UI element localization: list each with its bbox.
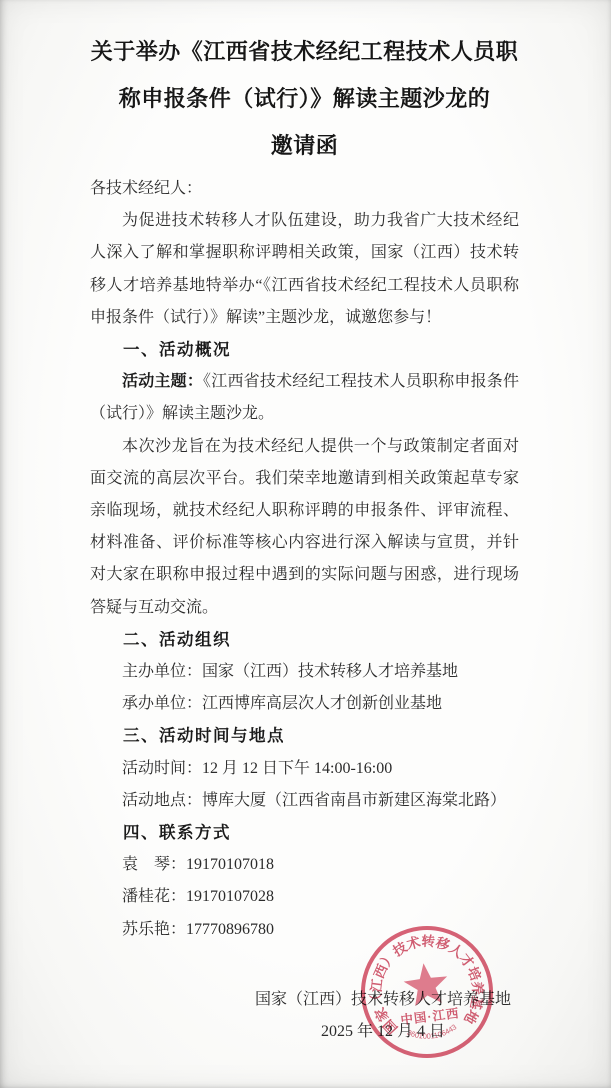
section-4-heading: 四、联系方式 [90,817,519,849]
official-seal-stamp: 国家（江西）技术转移人才培养基地 中国·江西 3601001106443 [349,914,505,1070]
activity-time-line: 活动时间：12 月 12 日下午 14:00-16:00 [90,753,519,785]
salutation: 各技术经纪人： [90,173,519,205]
section-1-heading: 一、活动概况 [90,334,519,366]
activity-theme-paragraph: 活动主题：《江西省技术经纪工程技术人员职称申报条件（试行）》解读主题沙龙。 [90,366,519,430]
section-2-heading: 二、活动组织 [90,624,519,656]
contact-line-2: 潘桂花：19170107028 [90,881,519,913]
host-unit-line: 主办单位：国家（江西）技术转移人才培养基地 [90,656,519,688]
title-line-2: 称申报条件（试行）》解读主题沙龙的 [80,75,529,122]
contact-line-1: 袁 琴：19170107018 [90,849,519,881]
organizer-unit-line: 承办单位：江西博库高层次人才创新创业基地 [90,688,519,720]
activity-venue-line: 活动地点：博库大厦（江西省南昌市新建区海棠北路） [90,785,519,817]
section-3-heading: 三、活动时间与地点 [90,720,519,752]
intro-paragraph: 为促进技术转移人才队伍建设，助力我省广大技术经纪人深入了解和掌握职称评聘相关政策… [90,205,519,334]
title-line-3: 邀请函 [80,122,529,169]
title-line-1: 关于举办《江西省技术经纪工程技术人员职 [80,28,529,75]
activity-theme-label: 活动主题： [122,373,203,390]
seal-star-icon [402,961,451,1008]
activity-description-paragraph: 本次沙龙旨在为技术经纪人提供一个与政策制定者面对面交流的高层次平台。我们荣幸地邀… [90,431,519,624]
invitation-letter-page: 关于举办《江西省技术经纪工程技术人员职 称申报条件（试行）》解读主题沙龙的 邀请… [0,0,611,1088]
document-title: 关于举办《江西省技术经纪工程技术人员职 称申报条件（试行）》解读主题沙龙的 邀请… [80,28,529,169]
